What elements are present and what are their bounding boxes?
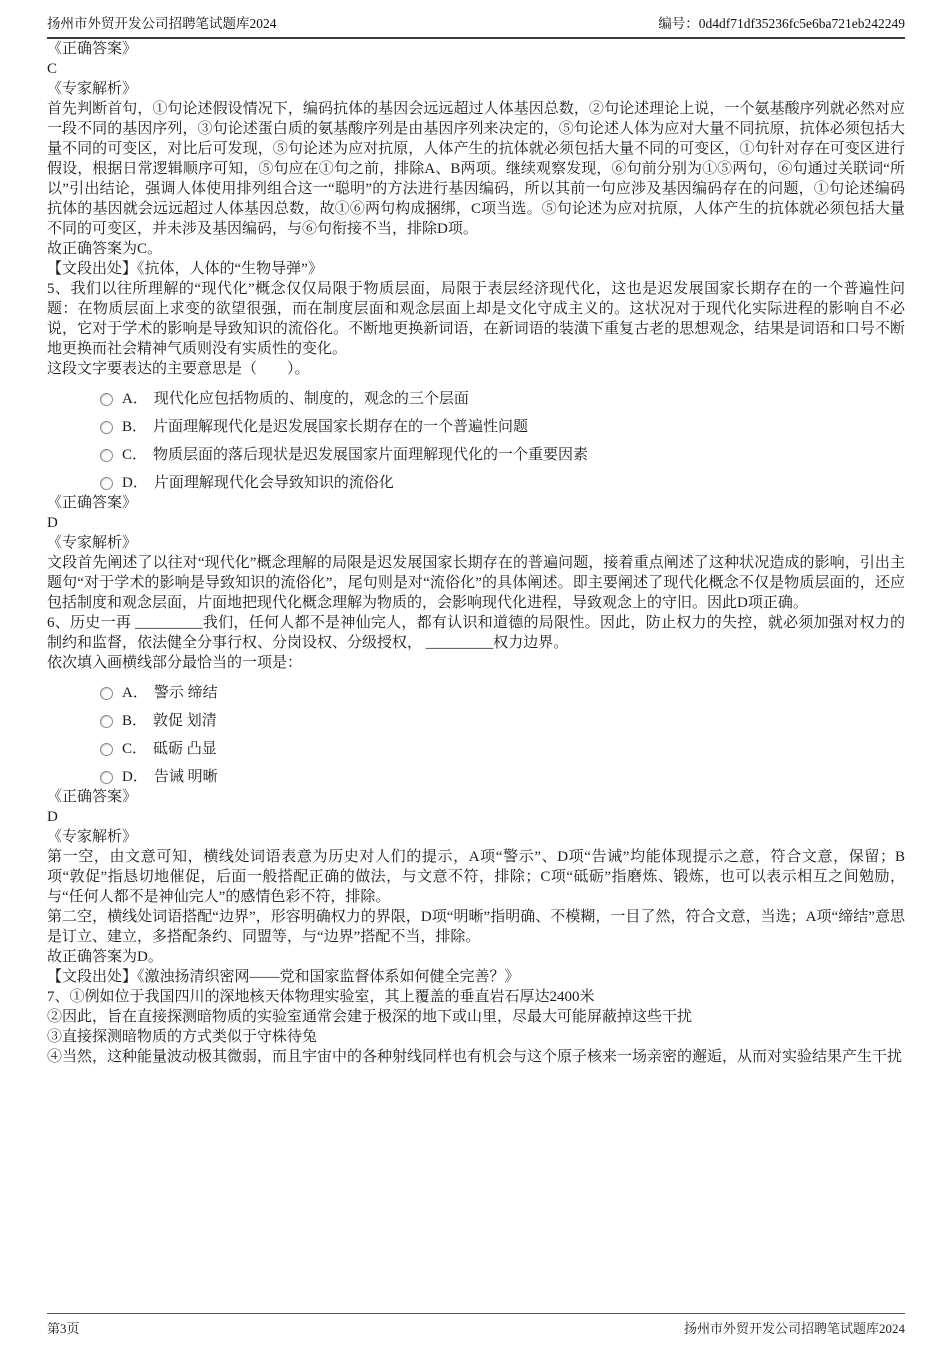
option-row[interactable]: A． 现代化应包括物质的、制度的，观念的三个层面 xyxy=(100,389,905,409)
doc-number-value: 0d4df71df35236fc5e6ba721eb242249 xyxy=(699,16,905,31)
option-letter: D． xyxy=(122,767,148,787)
document-page: 扬州市外贸开发公司招聘笔试题库2024 编号：0d4df71df35236fc5… xyxy=(0,0,950,1345)
option-letter: C． xyxy=(122,445,147,465)
option-row[interactable]: A． 警示 缔结 xyxy=(100,683,905,703)
question-6-text: 6、历史一再 _________我们，任何人都不是神仙完人，都有认识和道德的局限… xyxy=(47,613,905,653)
analysis-label: 《专家解析》 xyxy=(47,79,905,99)
answer-label: 《正确答案》 xyxy=(47,493,905,513)
analysis-text: 第二空，横线处词语搭配“边界”，形容明确权力的界限，D项“明晰”指明确、不模糊，… xyxy=(47,907,905,947)
option-row[interactable]: C． 砥砺 凸显 xyxy=(100,739,905,759)
question-7-line: ④当然，这种能量波动极其微弱，而且宇宙中的各种射线同样也有机会与这个原子核来一场… xyxy=(47,1047,905,1067)
question-6-prompt: 依次填入画横线部分最恰当的一项是： xyxy=(47,653,905,673)
question-7-line: 7、①例如位于我国四川的深地核天体物理实验室，其上覆盖的垂直岩石厚达2400米 xyxy=(47,987,905,1007)
analysis-label: 《专家解析》 xyxy=(47,827,905,847)
option-radio[interactable] xyxy=(100,393,113,406)
option-text: 敦促 划清 xyxy=(153,711,217,731)
option-text: 片面理解现代化会导致知识的流俗化 xyxy=(154,473,394,493)
page-header: 扬州市外贸开发公司招聘笔试题库2024 编号：0d4df71df35236fc5… xyxy=(47,12,905,39)
analysis-text: 首先判断首句，①句论述假设情况下，编码抗体的基因会远远超过人体基因总数，②句论述… xyxy=(47,99,905,239)
option-row[interactable]: B． 敦促 划清 xyxy=(100,711,905,731)
conclusion-text: 故正确答案为C。 xyxy=(47,239,905,259)
option-letter: C． xyxy=(122,739,147,759)
option-letter: A． xyxy=(122,683,148,703)
option-text: 砥砺 凸显 xyxy=(153,739,217,759)
option-radio[interactable] xyxy=(100,715,113,728)
document-content: 《正确答案》 C 《专家解析》 首先判断首句，①句论述假设情况下，编码抗体的基因… xyxy=(47,39,905,1067)
option-radio[interactable] xyxy=(100,687,113,700)
option-radio[interactable] xyxy=(100,771,113,784)
answer-label: 《正确答案》 xyxy=(47,787,905,807)
answer-value: D xyxy=(47,513,905,533)
answer-value: D xyxy=(47,807,905,827)
answer-label: 《正确答案》 xyxy=(47,39,905,59)
analysis-text: 第一空，由文意可知，横线处词语表意为历史对人们的提示，A项“警示”、D项“告诫”… xyxy=(47,847,905,907)
option-radio[interactable] xyxy=(100,743,113,756)
option-radio[interactable] xyxy=(100,477,113,490)
question-5-options: A． 现代化应包括物质的、制度的，观念的三个层面 B． 片面理解现代化是迟发展国… xyxy=(47,389,905,493)
page-number: 第3页 xyxy=(47,1318,80,1337)
question-7-line: ③直接探测暗物质的方式类似于守株待兔 xyxy=(47,1027,905,1047)
option-text: 警示 缔结 xyxy=(154,683,218,703)
question-5-prompt: 这段文字要表达的主要意思是（ ）。 xyxy=(47,359,905,379)
answer-value: C xyxy=(47,59,905,79)
question-7-line: ②因此，旨在直接探测暗物质的实验室通常会建于极深的地下或山里，尽最大可能屏蔽掉这… xyxy=(47,1007,905,1027)
doc-title: 扬州市外贸开发公司招聘笔试题库2024 xyxy=(47,12,277,32)
analysis-text: 文段首先阐述了以往对“现代化”概念理解的局限是迟发展国家长期存在的普遍问题，接着… xyxy=(47,553,905,613)
option-row[interactable]: D． 片面理解现代化会导致知识的流俗化 xyxy=(100,473,905,493)
question-5-text: 5、我们以往所理解的“现代化”概念仅仅局限于物质层面，局限于表层经济现代化，这也… xyxy=(47,279,905,359)
option-letter: A． xyxy=(122,389,148,409)
source-text: 【文段出处】《激浊扬清织密网——党和国家监督体系如何健全完善？》 xyxy=(47,967,905,987)
option-row[interactable]: C． 物质层面的落后现状是迟发展国家片面理解现代化的一个重要因素 xyxy=(100,445,905,465)
option-text: 告诫 明晰 xyxy=(154,767,218,787)
option-radio[interactable] xyxy=(100,421,113,434)
footer-title: 扬州市外贸开发公司招聘笔试题库2024 xyxy=(684,1318,905,1337)
option-letter: D． xyxy=(122,473,148,493)
option-radio[interactable] xyxy=(100,449,113,462)
option-text: 现代化应包括物质的、制度的，观念的三个层面 xyxy=(154,389,469,409)
doc-number-label: 编号： xyxy=(658,16,699,31)
doc-number: 编号：0d4df71df35236fc5e6ba721eb242249 xyxy=(658,12,905,32)
option-row[interactable]: D． 告诫 明晰 xyxy=(100,767,905,787)
option-text: 片面理解现代化是迟发展国家长期存在的一个普遍性问题 xyxy=(153,417,528,437)
option-text: 物质层面的落后现状是迟发展国家片面理解现代化的一个重要因素 xyxy=(153,445,588,465)
option-row[interactable]: B． 片面理解现代化是迟发展国家长期存在的一个普遍性问题 xyxy=(100,417,905,437)
source-text: 【文段出处】《抗体，人体的“生物导弹”》 xyxy=(47,259,905,279)
question-6-options: A． 警示 缔结 B． 敦促 划清 C． 砥砺 凸显 D． 告诫 明晰 xyxy=(47,683,905,787)
conclusion-text: 故正确答案为D。 xyxy=(47,947,905,967)
option-letter: B． xyxy=(122,711,147,731)
page-footer: 第3页 扬州市外贸开发公司招聘笔试题库2024 xyxy=(47,1313,905,1337)
analysis-label: 《专家解析》 xyxy=(47,533,905,553)
option-letter: B． xyxy=(122,417,147,437)
